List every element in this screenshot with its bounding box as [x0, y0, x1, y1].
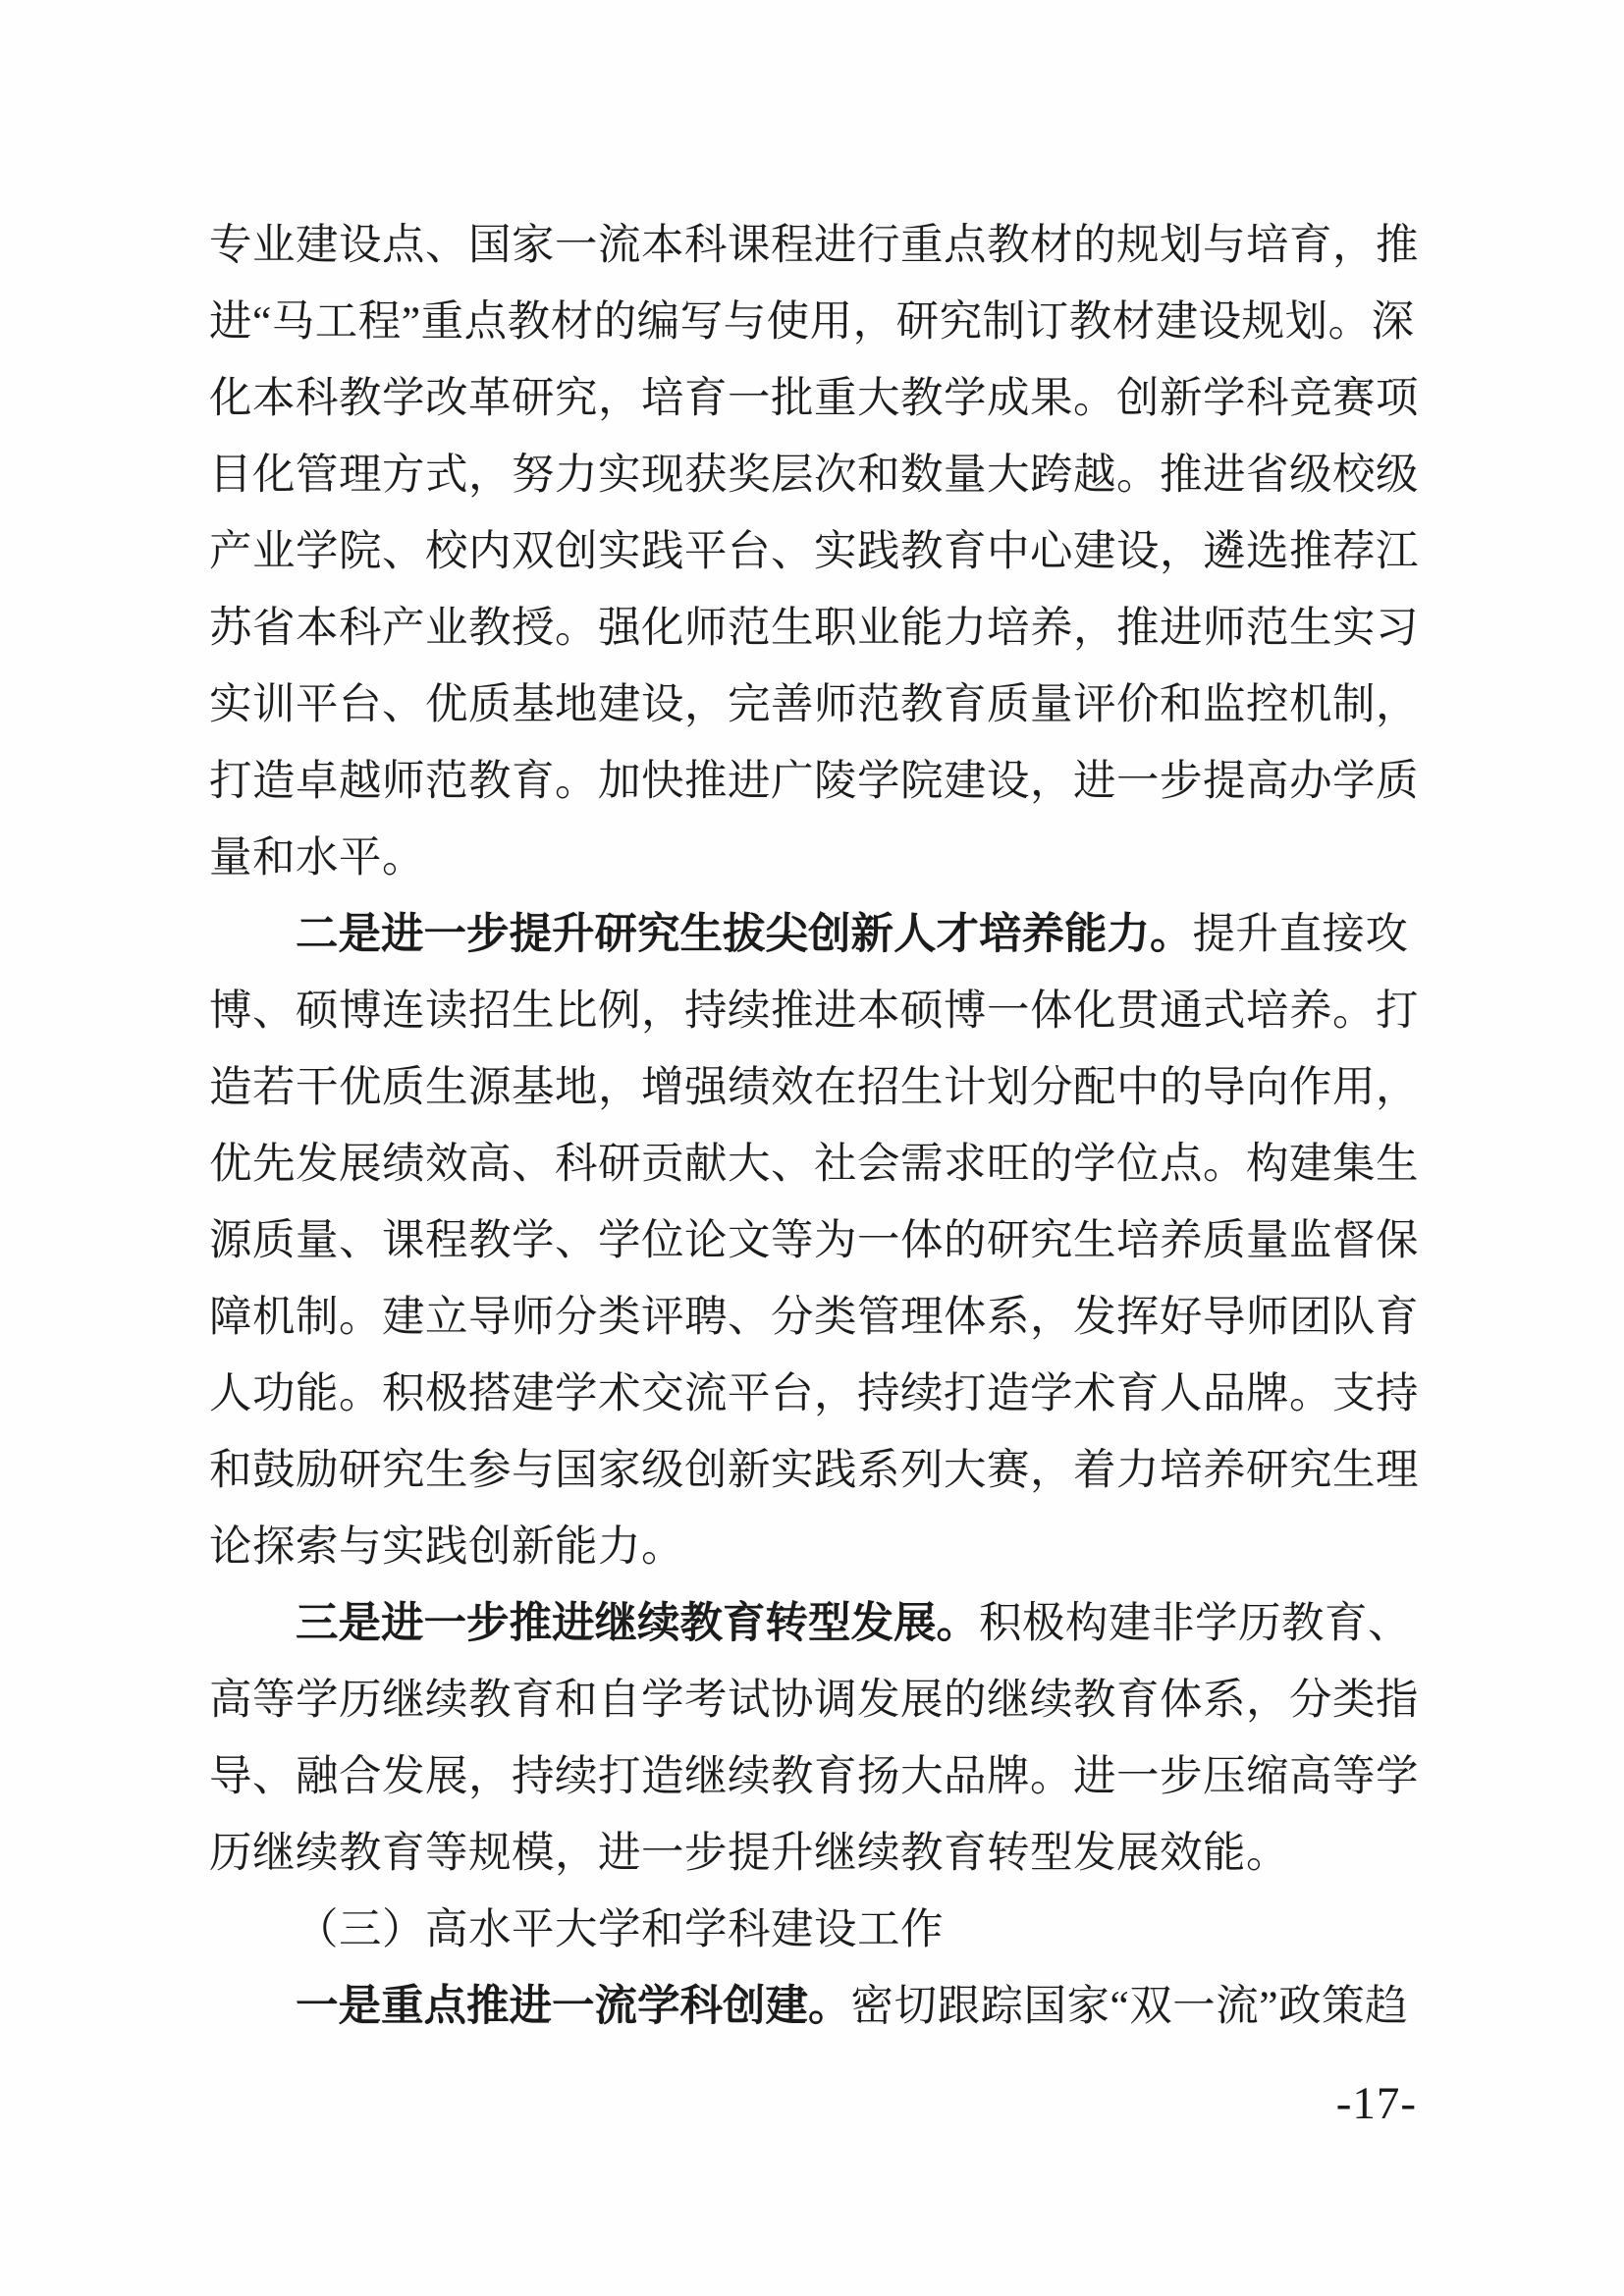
- body-text: 打造卓越师范教育。加快推进广陵学院建设，进一步提高办学质: [209, 758, 1419, 805]
- bold-lead-text: 一是重点推进一流学科创建。: [296, 1983, 851, 2030]
- text-line: 优先发展绩效高、科研贡献大、社会需求旺的学位点。构建集生: [209, 1126, 1419, 1202]
- body-text: 专业建设点、国家一流本科课程进行重点教材的规划与培育，推: [209, 222, 1419, 269]
- body-text: 源质量、课程教学、学位论文等为一体的研究生培养质量监督保: [209, 1217, 1419, 1264]
- text-line: 导、融合发展，持续打造继续教育扬大品牌。进一步压缩高等学: [209, 1738, 1419, 1815]
- body-text: 论探索与实践创新能力。: [209, 1523, 684, 1571]
- body-text: 博、硕博连读招生比例，持续推进本硕博一体化贯通式培养。打: [209, 988, 1419, 1035]
- body-text: 目化管理方式，努力实现获奖层次和数量大跨越。推进省级校级: [209, 452, 1419, 499]
- text-line: 障机制。建立导师分类评聘、分类管理体系，发挥好导师团队育: [209, 1279, 1419, 1356]
- text-line: 实训平台、优质基地建设，完善师范教育质量评价和监控机制，: [209, 667, 1419, 743]
- body-text: 产业学院、校内双创实践平台、实践教育中心建设，遴选推荐江: [209, 528, 1419, 575]
- body-text: 实训平台、优质基地建设，完善师范教育质量评价和监控机制，: [209, 681, 1419, 728]
- text-line: 人功能。积极搭建学术交流平台，持续打造学术育人品牌。支持: [209, 1356, 1419, 1432]
- body-text: 进“马工程”重点教材的编写与使用，研究制订教材建设规划。深: [209, 298, 1415, 346]
- text-line: 量和水平。: [209, 820, 1419, 896]
- body-text: 历继续教育等规模，进一步提升继续教育转型发展效能。: [209, 1830, 1289, 1877]
- body-text: 苏省本科产业教授。强化师范生职业能力培养，推进师范生实习: [209, 605, 1419, 652]
- body-text: 高等学历继续教育和自学考试协调发展的继续教育体系，分类指: [209, 1677, 1419, 1724]
- text-line: 打造卓越师范教育。加快推进广陵学院建设，进一步提高办学质: [209, 743, 1419, 820]
- body-text: 导、融合发展，持续打造继续教育扬大品牌。进一步压缩高等学: [209, 1753, 1419, 1800]
- text-line: 源质量、课程教学、学位论文等为一体的研究生培养质量监督保: [209, 1202, 1419, 1279]
- body-text: 积极构建非学历教育、: [979, 1600, 1411, 1647]
- text-line: 进“马工程”重点教材的编写与使用，研究制订教材建设规划。深: [209, 284, 1419, 360]
- body-text: 化本科教学改革研究，培育一批重大教学成果。创新学科竞赛项: [209, 375, 1419, 422]
- text-line: 论探索与实践创新能力。: [209, 1509, 1419, 1585]
- text-line: （三）高水平大学和学科建设工作: [209, 1892, 1419, 1968]
- text-line: 一是重点推进一流学科创建。密切跟踪国家“双一流”政策趋: [209, 1968, 1419, 2045]
- body-text: 人功能。积极搭建学术交流平台，持续打造学术育人品牌。支持: [209, 1370, 1419, 1417]
- body-text: 密切跟踪国家“双一流”政策趋: [851, 1983, 1409, 2030]
- text-line: 和鼓励研究生参与国家级创新实践系列大赛，着力培养研究生理: [209, 1432, 1419, 1509]
- body-text: 障机制。建立导师分类评聘、分类管理体系，发挥好导师团队育: [209, 1294, 1419, 1341]
- bold-lead-text: 三是进一步推进继续教育转型发展。: [296, 1600, 979, 1647]
- text-line: 历继续教育等规模，进一步提升继续教育转型发展效能。: [209, 1815, 1419, 1892]
- bold-lead-text: 二是进一步提升研究生拔尖创新人才培养能力。: [296, 911, 1193, 958]
- body-text: 和鼓励研究生参与国家级创新实践系列大赛，着力培养研究生理: [209, 1447, 1419, 1494]
- text-line: 目化管理方式，努力实现获奖层次和数量大跨越。推进省级校级: [209, 437, 1419, 513]
- document-body: 专业建设点、国家一流本科课程进行重点教材的规划与培育，推进“马工程”重点教材的编…: [209, 207, 1419, 2045]
- text-line: 二是进一步提升研究生拔尖创新人才培养能力。提升直接攻: [209, 896, 1419, 973]
- text-line: 博、硕博连读招生比例，持续推进本硕博一体化贯通式培养。打: [209, 973, 1419, 1049]
- text-line: 产业学院、校内双创实践平台、实践教育中心建设，遴选推荐江: [209, 513, 1419, 590]
- section-heading-text: （三）高水平大学和学科建设工作: [296, 1906, 944, 1953]
- body-text: 量和水平。: [209, 834, 425, 881]
- body-text: 优先发展绩效高、科研贡献大、社会需求旺的学位点。构建集生: [209, 1141, 1419, 1188]
- body-text: 提升直接攻: [1193, 911, 1409, 958]
- text-line: 苏省本科产业教授。强化师范生职业能力培养，推进师范生实习: [209, 590, 1419, 667]
- text-line: 三是进一步推进继续教育转型发展。积极构建非学历教育、: [209, 1585, 1419, 1662]
- page-number: -17-: [1336, 2079, 1417, 2128]
- text-line: 造若干优质生源基地，增强绩效在招生计划分配中的导向作用，: [209, 1049, 1419, 1126]
- text-line: 高等学历继续教育和自学考试协调发展的继续教育体系，分类指: [209, 1662, 1419, 1738]
- document-page: 专业建设点、国家一流本科课程进行重点教材的规划与培育，推进“马工程”重点教材的编…: [0, 0, 1624, 2296]
- text-line: 专业建设点、国家一流本科课程进行重点教材的规划与培育，推: [209, 207, 1419, 284]
- body-text: 造若干优质生源基地，增强绩效在招生计划分配中的导向作用，: [209, 1064, 1419, 1111]
- text-line: 化本科教学改革研究，培育一批重大教学成果。创新学科竞赛项: [209, 360, 1419, 437]
